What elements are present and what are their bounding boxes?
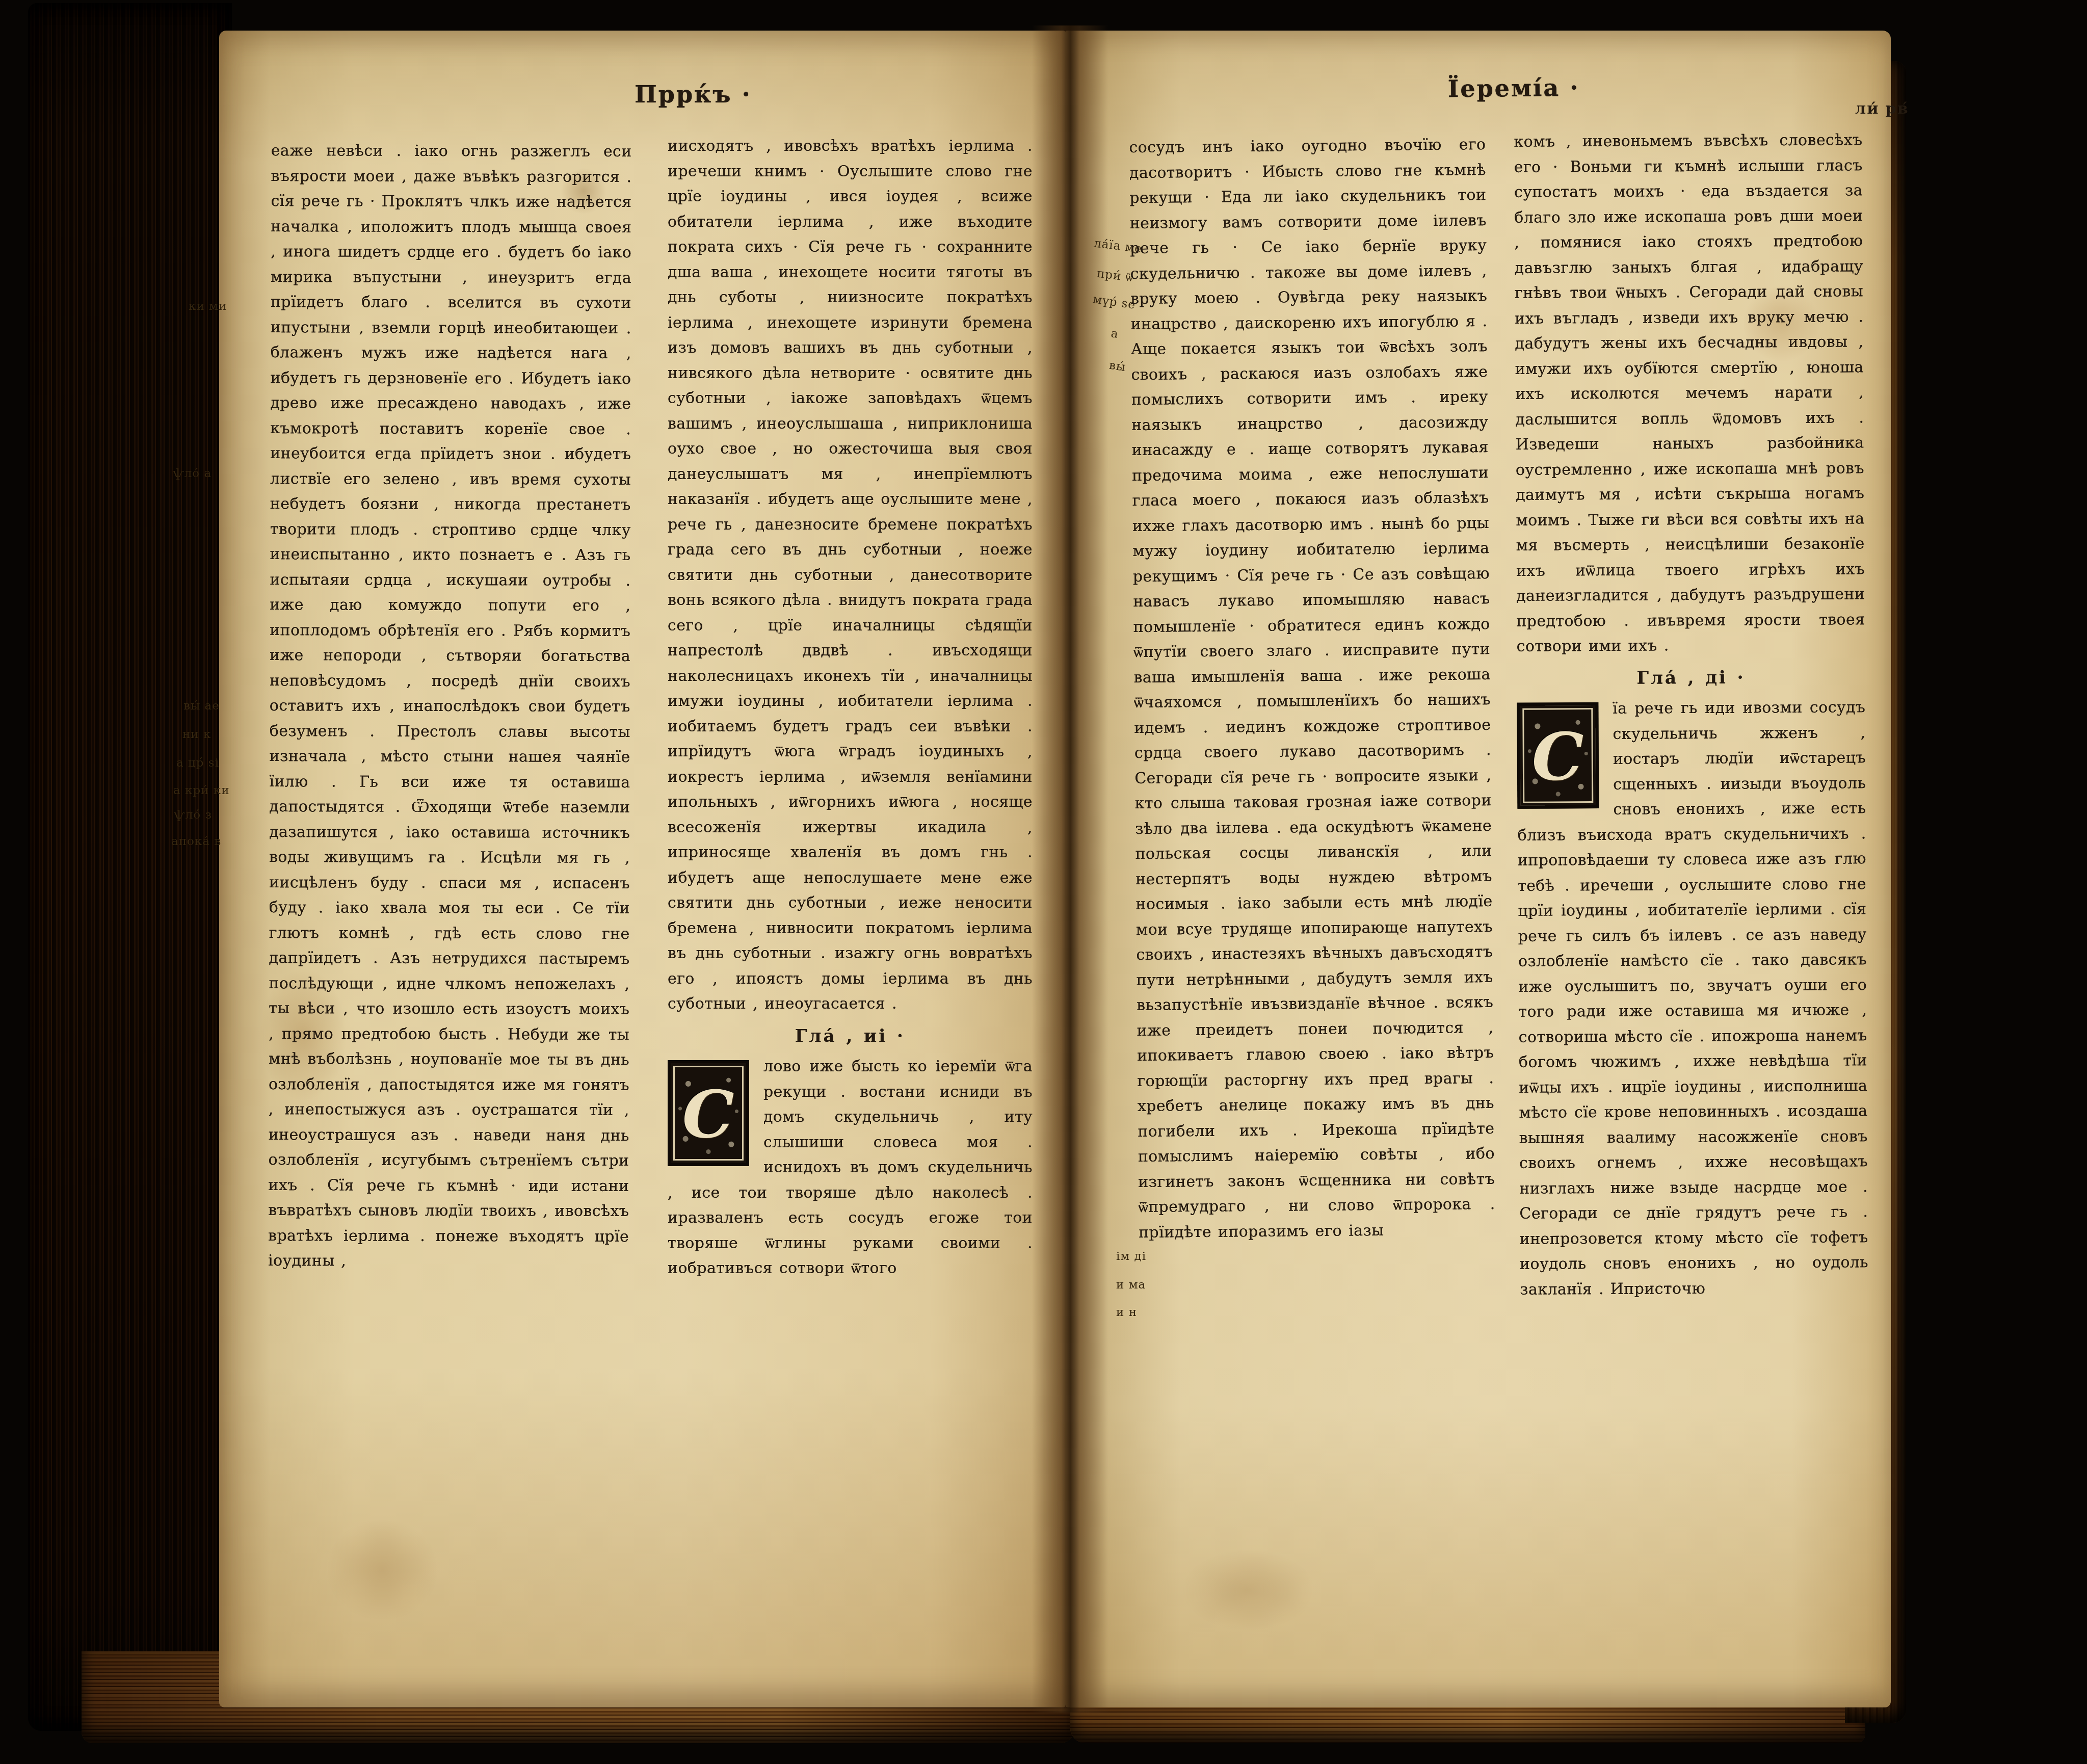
running-head-right: Їеремі́а · <box>1396 73 1631 103</box>
initial-letter-glyph: С <box>671 1067 746 1163</box>
left-page-column-2: иисходятъ , ивовсѣхъ вратѣхъ іерлима . и… <box>668 134 1033 1612</box>
woodcut-initial-letter: С <box>1517 702 1599 809</box>
woodcut-initial-letter: С <box>668 1060 749 1166</box>
margin-note: ки ми <box>189 300 227 313</box>
margin-note: а цр́ ѕі <box>176 756 219 770</box>
running-head-left: Пррќъ · <box>596 81 790 108</box>
right-page-column-1: сосудъ инъ іако оугодно въочїю его дасот… <box>1129 132 1498 1618</box>
margin-note: апока́ в <box>171 835 221 848</box>
margin-note: ѱло́ з <box>174 808 212 822</box>
page-fore-edge-stack-left <box>28 3 232 1731</box>
body-text: еаже невѣси . іако огнь разжеглъ еси въя… <box>268 142 632 1270</box>
open-book: Пррќъ · Їеремі́а · ли́ рв́ ки ми ѱло́ а … <box>20 0 1937 1764</box>
margin-note: и н <box>1116 1306 1137 1319</box>
margin-note: а кри́ ки <box>173 784 229 797</box>
margin-note: вы́ <box>1108 359 1127 374</box>
margin-note: ѱло́ а <box>173 467 212 480</box>
folio-number: ли́ рв́ <box>1855 100 1909 118</box>
photo-of-open-book: Пррќъ · Їеремі́а · ли́ рв́ ки ми ѱло́ а … <box>0 0 2087 1764</box>
body-text: иисходятъ , ивовсѣхъ вратѣхъ іерлима . и… <box>668 137 1033 1013</box>
initial-letter-glyph: С <box>1520 709 1596 806</box>
chapter-heading-19: Гла́ , ді · <box>1517 665 1865 692</box>
right-page-column-2: комъ , иневоньмемъ въвсѣхъ словесѣхъ его… <box>1514 127 1870 1618</box>
left-page-column-1: еаже невѣси . іако огнь разжеглъ еси въя… <box>267 138 632 1607</box>
margin-note: ни к <box>182 728 211 741</box>
chapter-heading-18: Гла́ , иі · <box>668 1024 1033 1049</box>
margin-note: вы́ ае <box>183 699 220 713</box>
body-text: комъ , иневоньмемъ въвсѣхъ словесѣхъ его… <box>1514 131 1865 655</box>
body-text: сосудъ инъ іако оугодно въочїю его дасот… <box>1129 136 1495 1242</box>
